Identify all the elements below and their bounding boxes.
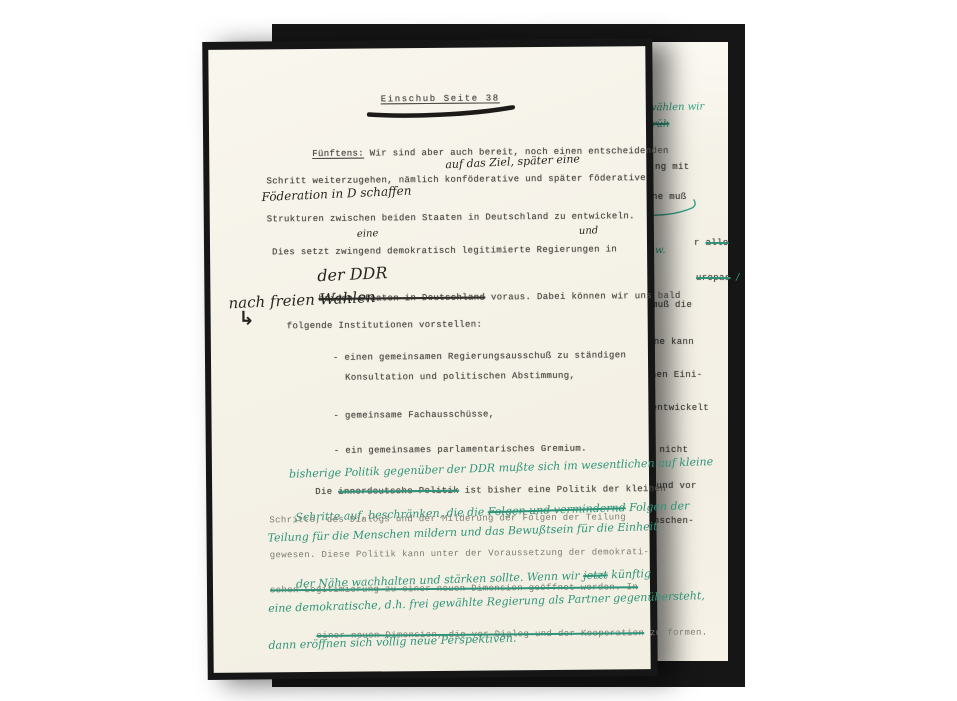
handwritten-note: der DDR	[317, 263, 388, 285]
front-page: Einschub Seite 38 Fünftens: Wir sind abe…	[208, 46, 650, 673]
handwritten-note: w.	[655, 245, 666, 256]
typed-line: Strukturen zwischen beiden Staaten in De…	[267, 211, 635, 224]
typed-rest: zu formen.	[644, 628, 707, 639]
handwritten-note: Föderation in D schaffen	[261, 184, 411, 205]
typed-line: Schritt weiterzugehen, nämlich konfödera…	[266, 173, 646, 186]
list-item-continued: Konsultation und politischen Abstimmung,	[345, 371, 575, 383]
list-item: - ein gemeinsames parlamentarisches Grem…	[334, 444, 587, 456]
handwritten-note: eine	[357, 228, 379, 240]
typed-line: folgende Institutionen vorstellen:	[287, 320, 483, 332]
handwritten-note: wählen wir	[648, 101, 704, 113]
funftens-label: Fünftens:	[312, 149, 364, 159]
green-note-struck: jetzt	[583, 568, 608, 582]
handwritten-slash: /	[736, 273, 739, 283]
typed-rest: voraus. Dabei können wir uns bald	[485, 291, 681, 303]
fragment-lead: r	[694, 238, 706, 248]
green-note-rest: künftig	[608, 567, 652, 581]
front-page-backdrop: Einschub Seite 38 Fünftens: Wir sind abe…	[202, 38, 658, 680]
typed-lead: Die	[315, 487, 338, 497]
list-item: - gemeinsame Fachausschüsse,	[333, 409, 494, 420]
heading-underline-stroke	[367, 105, 522, 120]
page-heading: Einschub Seite 38	[381, 93, 500, 104]
fragment-struck: alle	[706, 238, 729, 248]
typed-line: Dies setzt zwingend demokratisch legitim…	[272, 244, 617, 257]
handwritten-note: und	[579, 225, 599, 237]
green-note-rest: Folgen der	[625, 499, 689, 514]
insertion-arrow-icon: ↳	[239, 308, 255, 330]
photo-canvas: wählen wir früh ng mit ne muß r alle w. …	[0, 0, 957, 701]
list-item: - einen gemeinsamen Regierungsausschuß z…	[333, 350, 626, 363]
fragment-struck: uropas	[696, 273, 731, 283]
